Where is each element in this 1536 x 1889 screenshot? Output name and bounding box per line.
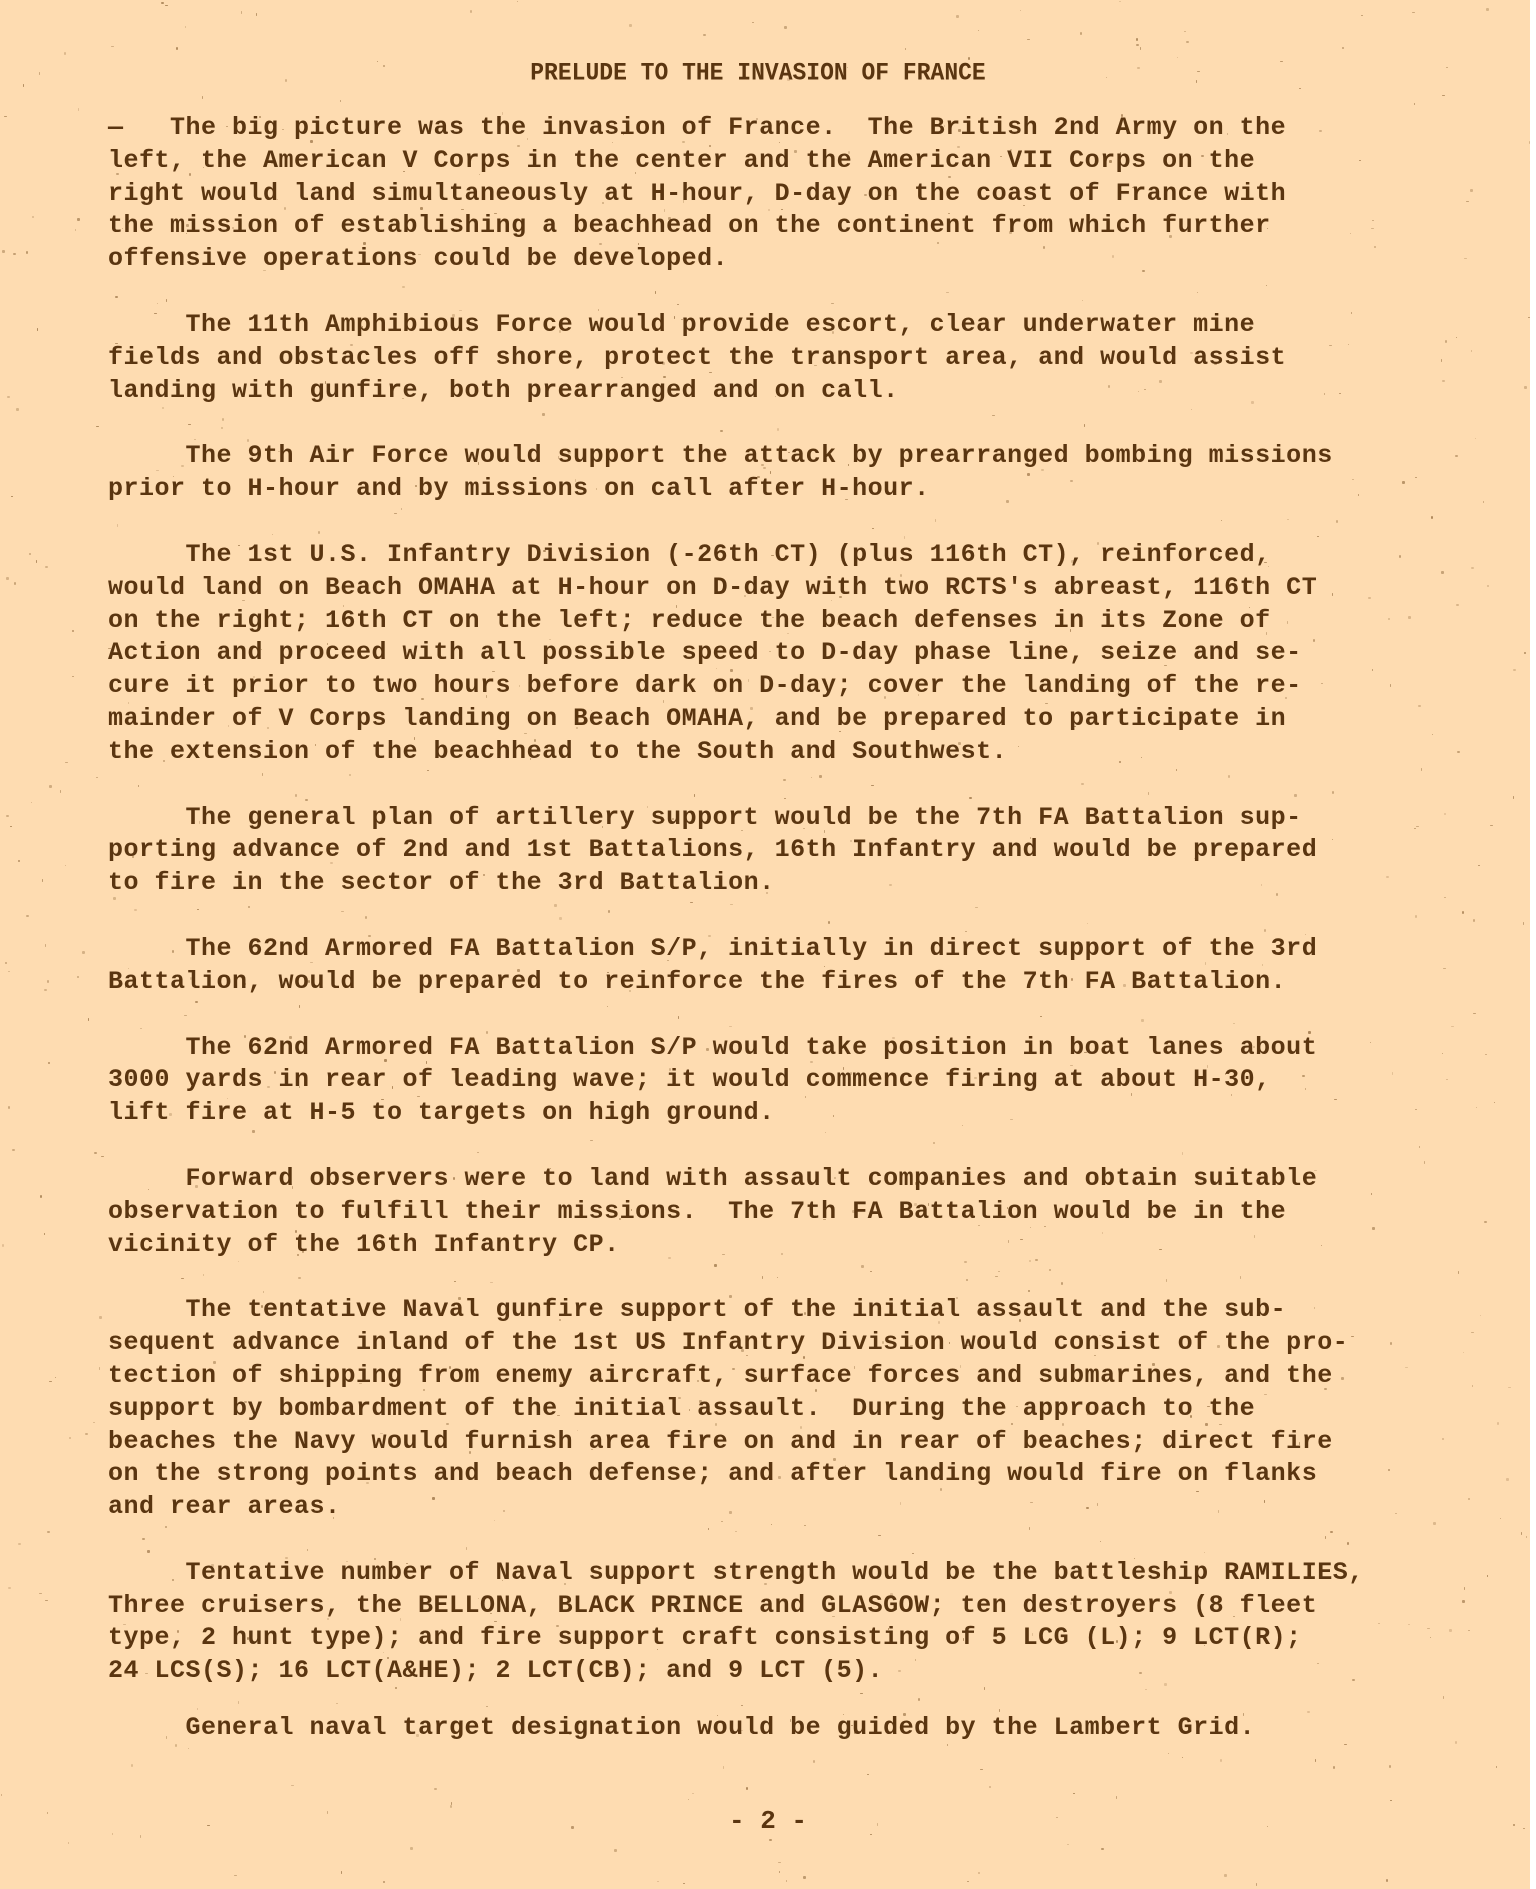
paper-speck [55, 1377, 56, 1378]
text-line: mainder of V Corps landing on Beach OMAH… [108, 703, 1448, 736]
paper-speck [1463, 1352, 1464, 1353]
paper-speck [1497, 1422, 1499, 1425]
paper-speck [1462, 1600, 1465, 1603]
paper-speck [1116, 1796, 1117, 1799]
paper-speck [1464, 1587, 1465, 1590]
paragraph: The 62nd Armored FA Battalion S/P, initi… [108, 933, 1448, 999]
text-line: — The big picture was the invasion of Fr… [108, 112, 1448, 145]
paper-speck [410, 1847, 413, 1850]
document-title: PRELUDE TO THE INVASION OF FRANCE [108, 59, 1408, 87]
text-line: Three cruisers, the BELLONA, BLACK PRINC… [108, 1590, 1448, 1623]
paper-speck [1027, 39, 1030, 40]
paper-speck [769, 1839, 772, 1841]
paper-speck [1473, 1013, 1476, 1014]
paragraph: The 62nd Armored FA Battalion S/P would … [108, 1032, 1448, 1130]
paper-speck [1471, 567, 1474, 569]
paper-speck [1119, 1, 1121, 2]
paragraph: The tentative Naval gunfire support of t… [108, 1294, 1448, 1524]
text-line: sequent advance inland of the 1st US Inf… [108, 1327, 1448, 1360]
paper-speck [434, 1788, 437, 1790]
paper-speck [72, 630, 74, 632]
paper-speck [82, 951, 85, 954]
paper-speck [978, 1872, 980, 1874]
paper-speck [1468, 1630, 1470, 1631]
paper-speck [1473, 919, 1475, 922]
text-line: 24 LCS(S); 16 LCT(A&HE); 2 LCT(CB); and … [108, 1655, 1448, 1688]
paper-speck [1020, 10, 1021, 11]
paper-speck [803, 1876, 806, 1879]
text-line: The tentative Naval gunfire support of t… [108, 1294, 1448, 1327]
text-line: on the right; 16th CT on the left; reduc… [108, 605, 1448, 638]
paper-speck [72, 676, 74, 677]
text-line: type, 2 hunt type); and fire support cra… [108, 1622, 1448, 1655]
paper-speck [1496, 1766, 1497, 1768]
paragraph: The general plan of artillery support wo… [108, 802, 1448, 900]
paper-speck [703, 34, 706, 36]
paper-speck [813, 1760, 815, 1763]
paper-speck [692, 1793, 694, 1794]
paper-speck [96, 777, 98, 778]
paper-speck [1101, 1848, 1104, 1850]
text-line: The 62nd Armored FA Battalion S/P would … [108, 1032, 1448, 1065]
text-line: to fire in the sector of the 3rd Battali… [108, 867, 1448, 900]
paper-speck [47, 1531, 50, 1533]
paper-speck [10, 826, 12, 827]
paper-speck [45, 1600, 48, 1601]
paper-speck [13, 253, 16, 255]
paper-speck [1389, 1765, 1391, 1768]
paper-speck [1333, 1766, 1335, 1769]
paragraph: Forward observers were to land with assa… [108, 1163, 1448, 1261]
text-line: The 9th Air Force would support the atta… [108, 440, 1448, 473]
paper-speck [657, 1881, 659, 1882]
paper-speck [1470, 189, 1473, 192]
paper-speck [47, 980, 49, 983]
text-line: would land on Beach OMAHA at H-hour on D… [108, 572, 1448, 605]
paper-speck [88, 1018, 89, 1021]
paper-speck [1, 1794, 2, 1796]
paragraph: The 9th Air Force would support the atta… [108, 440, 1448, 506]
text-line: Tentative number of Naval support streng… [108, 1557, 1448, 1590]
paper-speck [1483, 501, 1484, 503]
paper-speck [629, 24, 632, 27]
paper-speck [1475, 438, 1476, 439]
paper-speck [78, 108, 79, 111]
paper-speck [111, 46, 114, 47]
paper-speck [1500, 1518, 1501, 1519]
paper-speck [341, 1871, 342, 1874]
paragraph: Tentative number of Naval support streng… [108, 1557, 1448, 1688]
document-page: PRELUDE TO THE INVASION OF FRANCE — The … [0, 0, 1530, 1889]
paper-speck [1256, 1883, 1257, 1886]
paper-speck [1490, 825, 1493, 826]
paper-speck [65, 762, 68, 763]
paper-speck [723, 1766, 724, 1769]
paper-speck [26, 251, 28, 254]
paper-speck [8, 1587, 11, 1589]
paper-speck [1487, 585, 1489, 587]
paragraph-list: — The big picture was the invasion of Fr… [108, 112, 1448, 1745]
text-line: General naval target designation would b… [108, 1712, 1448, 1745]
text-line: the extension of the beachhead to the So… [108, 736, 1448, 769]
paper-speck [99, 1367, 100, 1370]
text-line: offensive operations could be developed. [108, 243, 1448, 276]
paper-speck [688, 1799, 689, 1800]
paper-speck [1184, 31, 1186, 32]
paragraph: General naval target designation would b… [108, 1712, 1448, 1745]
text-line: The general plan of artillery support wo… [108, 802, 1448, 835]
paper-speck [778, 1862, 781, 1863]
paper-speck [18, 1543, 21, 1545]
paper-speck [1224, 1874, 1227, 1877]
text-line: left, the American V Corps in the center… [108, 145, 1448, 178]
text-line: fields and obstacles off shore, protect … [108, 342, 1448, 375]
paper-speck [39, 1593, 42, 1594]
paper-speck [75, 229, 76, 231]
paragraph: — The big picture was the invasion of Fr… [108, 112, 1448, 276]
paper-speck [1136, 44, 1139, 46]
paper-speck [1457, 751, 1460, 753]
paper-speck [6, 815, 9, 817]
paper-speck [1494, 1102, 1495, 1103]
paper-speck [1513, 669, 1516, 671]
paper-speck [8, 971, 10, 972]
paper-speck [1524, 652, 1526, 654]
paper-speck [786, 1880, 787, 1882]
paper-speck [752, 22, 754, 23]
text-line: tection of shipping from enemy aircraft,… [108, 1360, 1448, 1393]
text-line: on the strong points and beach defense; … [108, 1458, 1448, 1491]
paper-speck [1486, 8, 1489, 11]
paragraph: The 1st U.S. Infantry Division (-26th CT… [108, 539, 1448, 769]
paper-speck [39, 72, 40, 75]
paper-speck [32, 216, 34, 218]
paper-speck [60, 790, 61, 793]
paper-speck [1220, 1759, 1222, 1762]
paper-speck [165, 5, 168, 6]
paper-speck [989, 1786, 991, 1788]
paper-speck [1485, 1054, 1487, 1055]
paper-speck [1529, 141, 1530, 144]
paper-speck [980, 1769, 983, 1770]
paper-speck [85, 1433, 88, 1435]
paper-speck [2, 250, 5, 253]
paper-speck [176, 47, 178, 50]
paper-speck [1449, 1629, 1452, 1632]
paper-speck [1390, 1800, 1392, 1801]
paper-speck [1528, 317, 1530, 318]
text-line: The 1st U.S. Infantry Division (-26th CT… [108, 539, 1448, 572]
paper-speck [1523, 922, 1524, 925]
paper-speck [1468, 1498, 1470, 1500]
text-line: The 62nd Armored FA Battalion S/P, initi… [108, 933, 1448, 966]
paper-speck [8, 1106, 10, 1109]
paper-speck [451, 1802, 452, 1805]
text-line: porting advance of 2nd and 1st Battalion… [108, 834, 1448, 867]
text-line: lift fire at H-5 to targets on high grou… [108, 1097, 1448, 1130]
paper-speck [1524, 386, 1527, 389]
paper-speck [1412, 12, 1415, 13]
paper-speck [256, 13, 257, 16]
paper-speck [1361, 15, 1363, 16]
paper-speck [1464, 258, 1467, 259]
paper-speck [14, 582, 16, 585]
paper-speck [967, 1881, 969, 1882]
paper-speck [1471, 350, 1472, 352]
paper-speck [11, 496, 13, 497]
paper-speck [867, 1774, 869, 1775]
paper-speck [1386, 1879, 1388, 1882]
page-number: - 2 - [0, 1806, 1530, 1836]
paper-speck [1140, 47, 1141, 50]
paper-speck [93, 1422, 95, 1423]
paper-speck [1487, 1575, 1488, 1577]
paper-speck [77, 218, 80, 221]
paper-speck [905, 48, 906, 50]
paper-speck [48, 1062, 50, 1064]
text-line: landing with gunfire, both prearranged a… [108, 375, 1448, 408]
text-line: vicinity of the 16th Infantry CP. [108, 1229, 1448, 1262]
text-line: observation to fulfill their missions. T… [108, 1196, 1448, 1229]
paper-speck [1466, 201, 1469, 202]
paper-speck [1478, 865, 1480, 866]
paper-speck [1456, 337, 1457, 338]
paper-speck [18, 860, 20, 862]
paper-speck [1136, 38, 1138, 41]
paper-speck [131, 1764, 133, 1767]
paper-speck [1456, 604, 1459, 606]
paper-speck [5, 962, 7, 964]
paper-speck [1186, 41, 1189, 43]
paper-speck [1471, 1332, 1474, 1333]
paper-speck [37, 328, 38, 331]
paper-speck [470, 10, 472, 13]
text-line: The 11th Amphibious Force would provide … [108, 309, 1448, 342]
paper-speck [1480, 1315, 1481, 1316]
paper-speck [1472, 1385, 1473, 1387]
paper-speck [1462, 911, 1464, 914]
paper-speck [45, 944, 46, 947]
paper-speck [40, 1195, 42, 1198]
paper-speck [291, 1785, 294, 1786]
paper-speck [1513, 796, 1514, 799]
paper-speck [44, 1233, 45, 1235]
document-body: PRELUDE TO THE INVASION OF FRANCE — The … [108, 54, 1448, 1745]
paper-speck [1526, 1536, 1527, 1538]
text-line: beaches the Navy would furnish area fire… [108, 1426, 1448, 1459]
paper-speck [26, 915, 29, 917]
paper-speck [31, 802, 32, 803]
text-line: support by bombardment of the initial as… [108, 1393, 1448, 1426]
paper-speck [1506, 1478, 1509, 1481]
paper-speck [956, 15, 959, 18]
paper-speck [234, 1875, 237, 1876]
paper-speck [36, 560, 37, 563]
paper-speck [784, 26, 787, 29]
paper-speck [101, 1156, 104, 1157]
paper-speck [978, 30, 979, 31]
paper-speck [185, 26, 186, 28]
paper-speck [1342, 47, 1344, 49]
paper-speck [77, 976, 79, 978]
paper-speck [683, 1883, 685, 1884]
paper-speck [1451, 1026, 1454, 1027]
paragraph: The 11th Amphibious Force would provide … [108, 309, 1448, 407]
paper-speck [69, 1437, 71, 1439]
text-line: right would land simultaneously at H-hou… [108, 178, 1448, 211]
paper-speck [1073, 1793, 1075, 1794]
paper-speck [1455, 455, 1458, 457]
paper-speck [1182, 1757, 1183, 1758]
paper-speck [44, 989, 47, 991]
paper-speck [188, 1748, 189, 1749]
text-line: prior to H-hour and by missions on call … [108, 473, 1448, 506]
paper-speck [49, 785, 52, 788]
paper-speck [1476, 1107, 1477, 1108]
paper-speck [4, 116, 7, 117]
paper-speck [99, 1316, 102, 1319]
text-line: the mission of establishing a beachhead … [108, 210, 1448, 243]
text-line: and rear areas. [108, 1491, 1448, 1524]
paper-speck [1458, 1271, 1459, 1274]
paper-speck [1455, 1741, 1457, 1744]
paper-speck [1521, 1532, 1522, 1535]
paper-speck [517, 1, 518, 2]
text-line: Forward observers were to land with assa… [108, 1163, 1448, 1196]
paper-speck [7, 396, 10, 398]
paper-speck [65, 865, 66, 866]
paper-speck [16, 408, 19, 411]
text-line: Action and proceed with all possible spe… [108, 637, 1448, 670]
text-line: 3000 yards in rear of leading wave; it w… [108, 1064, 1448, 1097]
paper-speck [94, 1152, 97, 1154]
paper-speck [23, 84, 24, 87]
paper-speck [42, 879, 43, 882]
paper-speck [1315, 1759, 1316, 1762]
paper-speck [1168, 1753, 1169, 1754]
paper-speck [383, 1881, 385, 1883]
paper-speck [68, 1842, 69, 1844]
paper-speck [49, 1381, 52, 1382]
paper-speck [161, 2, 164, 4]
paper-speck [241, 11, 242, 14]
paper-speck [64, 52, 66, 55]
paper-speck [779, 1871, 780, 1873]
text-line: cure it prior to two hours before dark o… [108, 670, 1448, 703]
paper-speck [29, 553, 31, 555]
paper-speck [96, 426, 99, 427]
paper-speck [1508, 1387, 1511, 1388]
paper-speck [1484, 1221, 1487, 1223]
paper-speck [1067, 1844, 1069, 1845]
paper-speck [2, 1244, 4, 1247]
paper-speck [1080, 32, 1082, 35]
paper-speck [12, 1149, 15, 1151]
paper-speck [614, 1849, 617, 1852]
text-line: Battalion, would be prepared to reinforc… [108, 966, 1448, 999]
paper-speck [45, 566, 48, 568]
paper-speck [746, 1787, 748, 1790]
paper-speck [6, 577, 9, 580]
